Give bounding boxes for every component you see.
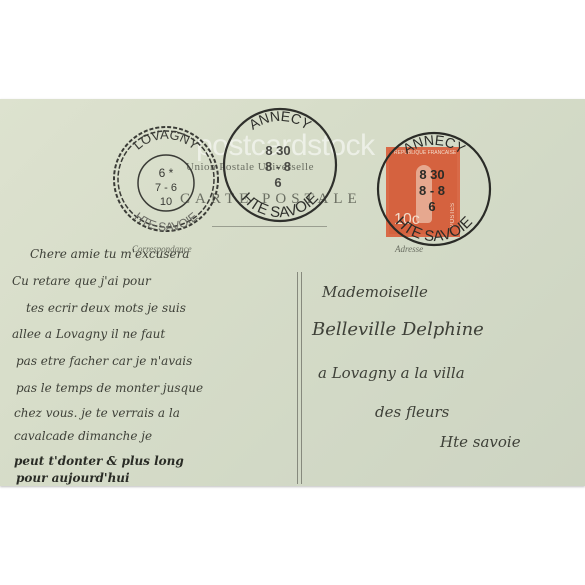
address-line: Mademoiselle: [322, 283, 428, 301]
svg-text:8 30: 8 30: [419, 167, 444, 182]
svg-text:8 - 8: 8 - 8: [265, 159, 291, 174]
address-line: Belleville Delphine: [312, 319, 484, 340]
svg-text:8 - 8: 8 - 8: [419, 183, 445, 198]
svg-text:ANNECY: ANNECY: [400, 132, 469, 157]
message-line: Chere amie tu m'excusera: [30, 247, 189, 261]
svg-text:HTE SAVOIE: HTE SAVOIE: [238, 189, 322, 221]
address-line: des fleurs: [375, 403, 449, 421]
message-line: pas etre facher car je n'avais: [16, 354, 192, 368]
address-line: a Lovagny a la villa: [318, 364, 465, 382]
svg-text:10: 10: [160, 196, 172, 208]
svg-text:8 30: 8 30: [265, 143, 290, 158]
svg-text:7 - 6: 7 - 6: [155, 182, 177, 194]
svg-text:6 *: 6 *: [159, 166, 174, 180]
postcard-back: postcardstock Union Postale Universelle …: [0, 99, 585, 486]
message-line: allee a Lovagny il ne faut: [12, 327, 165, 341]
postmarks: LOVAGNY HTE SAVOIE 6 * 7 - 6 10 ANNECY H…: [0, 99, 585, 486]
svg-text:6: 6: [274, 175, 281, 190]
message-line: tes ecrir deux mots je suis: [26, 301, 186, 315]
message-line: chez vous. je te verrais a la: [14, 406, 180, 420]
svg-text:LOVAGNY: LOVAGNY: [130, 127, 202, 153]
message-line: pour aujourd'hui: [16, 471, 130, 485]
svg-text:HTE SAVOIE: HTE SAVOIE: [132, 209, 200, 234]
svg-text:ANNECY: ANNECY: [246, 108, 315, 133]
message-line: peut t'donter & plus long: [14, 454, 184, 468]
message-line: pas le temps de monter jusque: [16, 381, 203, 395]
message-line: Cu retare que j'ai pour: [12, 274, 151, 288]
svg-text:HTE SAVOIE: HTE SAVOIE: [392, 213, 476, 245]
message-line: cavalcade dimanche je: [14, 429, 152, 443]
address-line: Hte savoie: [440, 433, 521, 451]
svg-text:6: 6: [428, 199, 435, 214]
